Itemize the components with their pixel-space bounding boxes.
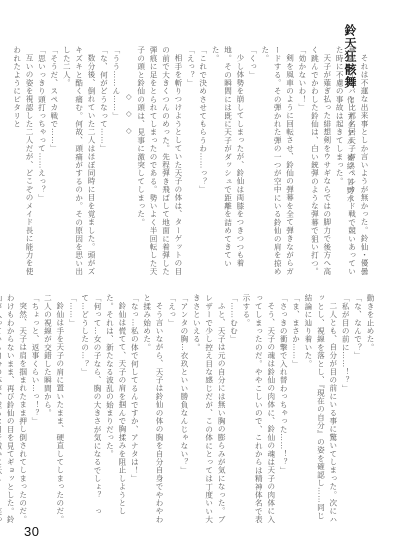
paragraph: 少し体勢を崩してしまったが、鈴仙は両膝をつきつつも着地。その瞬間には既に天子がダ…: [209, 46, 246, 278]
paragraph: そう、天子の魂は鈴仙の肉体に、鈴仙の魂は天子の肉体に入ってしまったのだ。ややこし…: [240, 294, 277, 526]
paragraph: 「……むむ」: [227, 294, 239, 526]
paragraph: 互いの姿を視認した二人だが、どこぞのメイド長に能力を使われたようにピタリと: [10, 46, 35, 278]
paragraph: 「な、何がどうなって……」: [97, 46, 109, 278]
paragraph: 「くっ」: [246, 46, 258, 278]
paragraph: 「さっきの衝撃で入れ替わっちゃった……！？」: [277, 294, 289, 526]
paragraph: 「思いっきり頭打っちゃって……えっ？」: [35, 46, 47, 278]
top-tier-text: それは不運な出来事としか言いようが無かった。鈴仙・優曇華院・イナバと比那名居天子…: [24, 46, 376, 278]
paragraph: 天子が薙ぎ払った緋想剣をウサギならではの脚力で後方へ高く跳んでかわした鈴仙は、白…: [308, 46, 333, 278]
scene-separator: ◇◇◇: [122, 46, 134, 278]
bottom-tier-text: 動きを止めた。「な、なんで？」「私が目の前に……！？」二人とも、自分が目の前にい…: [24, 294, 376, 526]
paragraph: 相手を斬りつけようとしていた天子の体は、ターゲットの目の前で大きくつんのめった。…: [134, 46, 184, 278]
paragraph: 「何って…女の子なら、胸の大きさが気になるでしょ？ って…どうしたの…？」: [78, 294, 103, 526]
paragraph: 「ちょっと、返事くらい…っ！？」: [29, 294, 41, 526]
paragraph: 動きを止めた。: [364, 294, 376, 526]
paragraph: 「そうだ、スペカ戦で……」: [47, 46, 59, 278]
paragraph: 「ま、まさか……」: [289, 294, 301, 526]
paragraph: 「な、なんで？」: [351, 294, 363, 526]
paragraph: 「私が目の前に……！？」: [339, 294, 351, 526]
paragraph: 剣を風車のように回転させ、鈴仙の弾幕を全て弾きながらガードする。その弾かれた弾の…: [258, 46, 295, 278]
page-number: 30: [24, 524, 39, 539]
paragraph: 「これで決めさせてもらうわ……っ？」: [196, 46, 208, 278]
paragraph: 「えっ」: [165, 294, 177, 526]
paragraph: 「効かないわ！」: [296, 46, 308, 278]
paragraph: そう言いながら、天子は鈴仙の体の胸を自分自身でやわやわと揉み始めた。: [140, 294, 165, 526]
paragraph: 「なっ…私の体で何してるんですか、アナタは！」: [128, 294, 140, 526]
paragraph: [370, 46, 376, 278]
paragraph: 「アンタの胸…衣玖といい勝負なんじゃない？」: [178, 294, 190, 526]
paragraph: それは不運な出来事としか言いようが無かった。鈴仙・優曇華院・イナバと比那名居天子…: [333, 46, 370, 278]
paragraph: 「うう……ん……」: [109, 46, 121, 278]
paragraph: 二人とも、自分が目の前にいる事に驚いてしまった。次にハッとし、視線を落とし、『現…: [302, 294, 339, 526]
paragraph: 「……」: [66, 294, 78, 526]
paragraph: 突然、天子は肩を掴まれたまま押し倒されてしまったのだ。わけもわからないまま、再び…: [0, 294, 29, 526]
paragraph: 鈴仙は慌てて、天子の肩を掴んで胸揉みを阻止しようとした。それは、新たなる波乱の始…: [103, 294, 128, 526]
novel-page: 鈴天狂骸舞 作：アクアル 補絵：甘野水 それは不運な出来事としか言いようが無かっ…: [0, 0, 400, 560]
paragraph: ふと、天子は元の自分には無い胸の膨らみが気になった。ブレザーで少し控え目な感じだ…: [190, 294, 227, 526]
paragraph: 鈴仙は手を天子の肩に置いたまま、硬直してしまったのだ。二人の視線が交錯した瞬間か…: [41, 294, 66, 526]
paragraph: 数分後、倒れていた二人はほぼ同時に目を覚ました。頭がズキズキと酷く痛む。何故、頭…: [60, 46, 97, 278]
paragraph: 「えっ？」: [184, 46, 196, 278]
